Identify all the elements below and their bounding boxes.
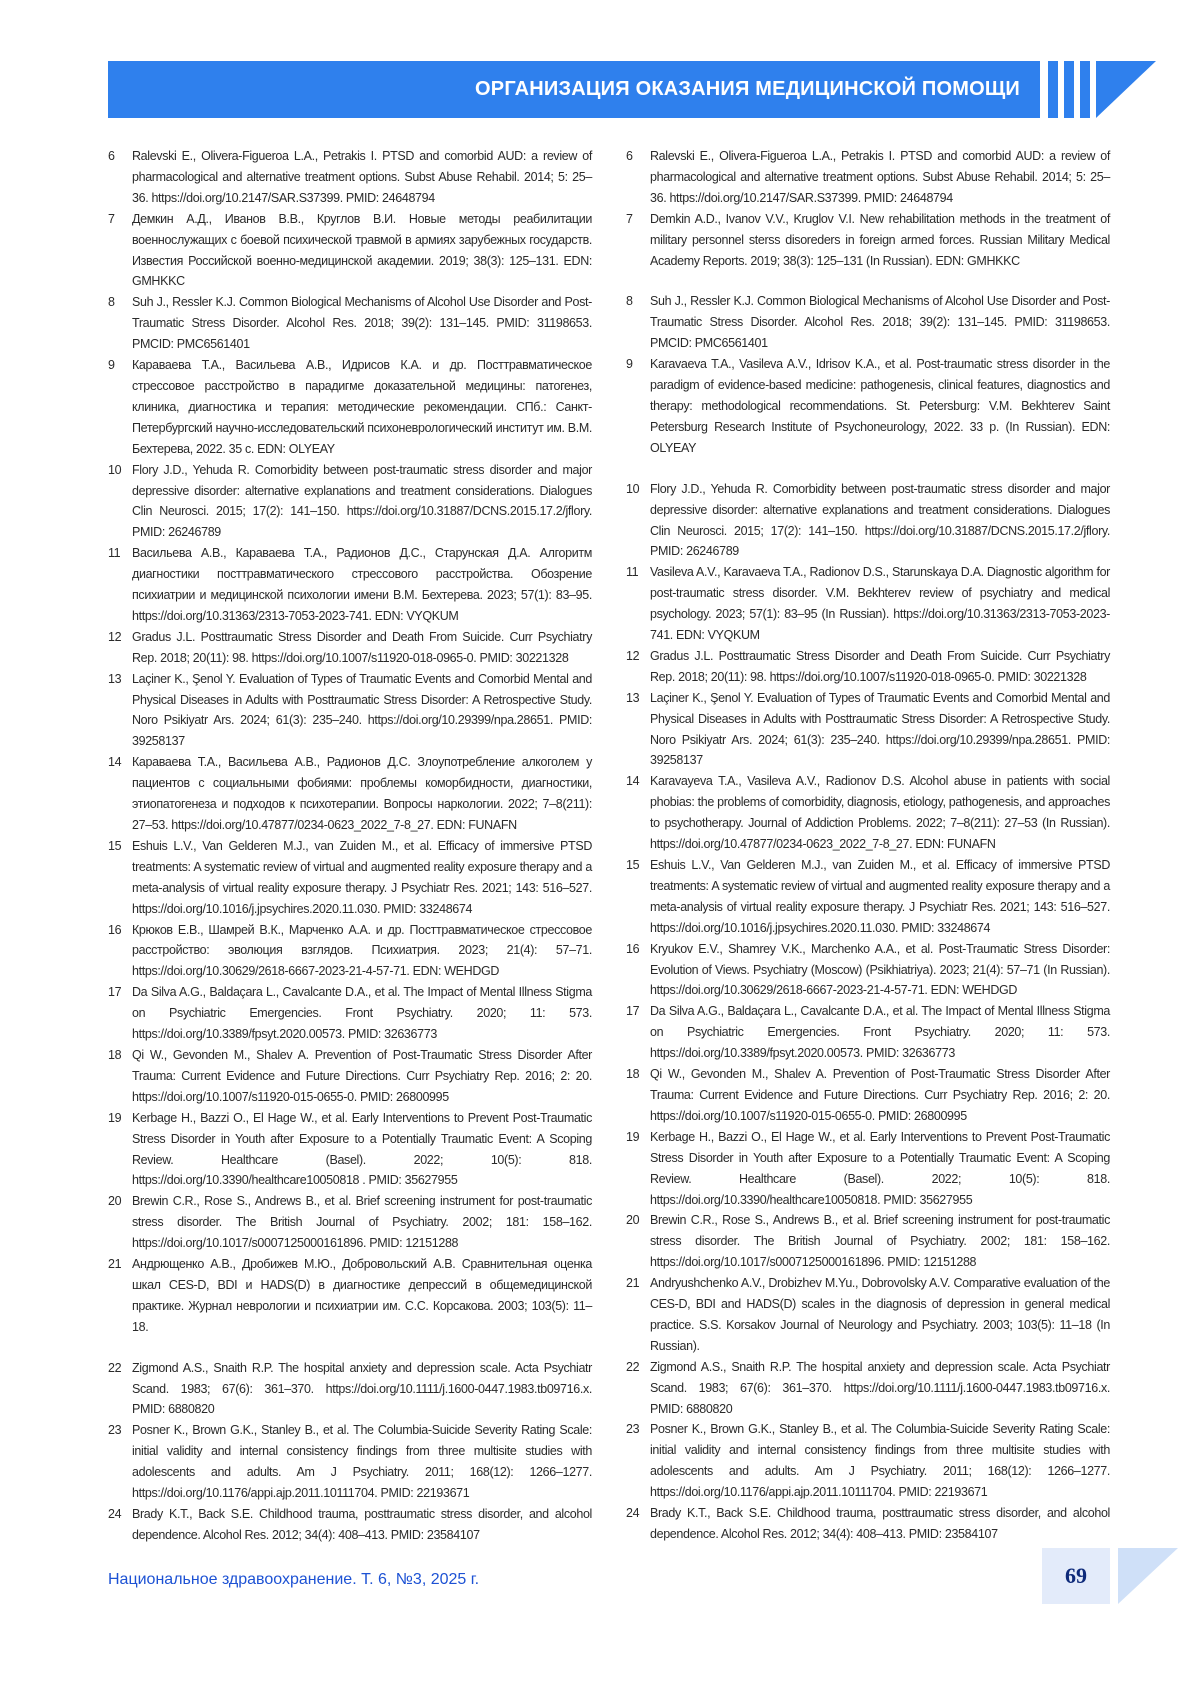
page-number-box: 69 [1042,1548,1110,1604]
reference-item: 22Zigmond A.S., Snaith R.P. The hospital… [626,1357,1110,1420]
reference-text: Karavayeva T.A., Vasileva A.V., Radionov… [650,771,1110,855]
reference-number: 6 [626,146,650,209]
section-title: ОРГАНИЗАЦИЯ ОКАЗАНИЯ МЕДИЦИНСКОЙ ПОМОЩИ [475,78,1020,101]
reference-number: 13 [626,688,650,772]
reference-text: Flory J.D., Yehuda R. Comorbidity betwee… [132,460,592,544]
reference-number: 24 [626,1503,650,1545]
reference-number: 8 [626,291,650,354]
references-list-russian: 6Ralevski E., Olivera-Figueroa L.A., Pet… [108,146,592,1546]
reference-text: Brewin C.R., Rose S., Andrews B., et al.… [132,1191,592,1254]
reference-number: 18 [108,1045,132,1108]
reference-item: 15Eshuis L.V., Van Gelderen M.J., van Zu… [108,836,592,920]
reference-item: 6Ralevski E., Olivera-Figueroa L.A., Pet… [626,146,1110,209]
reference-item: 11Vasileva A.V., Karavaeva T.A., Radiono… [626,562,1110,646]
reference-text: Gradus J.L. Posttraumatic Stress Disorde… [650,646,1110,688]
reference-text: Eshuis L.V., Van Gelderen M.J., van Zuid… [650,855,1110,939]
header-triangle-decoration [1096,61,1156,118]
reference-text: Da Silva A.G., Baldaçara L., Cavalcante … [650,1001,1110,1064]
reference-number: 21 [626,1273,650,1357]
reference-item: 11Васильева А.В., Караваева Т.А., Радион… [108,543,592,627]
reference-item: 19Kerbage H., Bazzi O., El Hage W., et a… [108,1108,592,1192]
reference-text: Kerbage H., Bazzi O., El Hage W., et al.… [650,1127,1110,1211]
reference-number: 21 [108,1254,132,1338]
reference-text: Da Silva A.G., Baldaçara L., Cavalcante … [132,982,592,1045]
reference-item: 7Демкин А.Д., Иванов В.В., Круглов В.И. … [108,209,592,293]
reference-number: 15 [108,836,132,920]
reference-item: 17Da Silva A.G., Baldaçara L., Cavalcant… [626,1001,1110,1064]
section-header-bar: ОРГАНИЗАЦИЯ ОКАЗАНИЯ МЕДИЦИНСКОЙ ПОМОЩИ [108,61,1040,118]
reference-item: 13Laçiner K., Şenol Y. Evaluation of Typ… [626,688,1110,772]
reference-number: 14 [108,752,132,836]
reference-number: 22 [626,1357,650,1420]
reference-text: Крюков Е.В., Шамрей В.К., Марченко А.А. … [132,920,592,983]
reference-text: Караваева Т.А., Васильева А.В., Радионов… [132,752,592,836]
reference-number: 17 [626,1001,650,1064]
reference-number: 24 [108,1504,132,1546]
reference-item: 20Brewin C.R., Rose S., Andrews B., et a… [626,1210,1110,1273]
reference-text: Posner K., Brown G.K., Stanley B., et al… [132,1420,592,1504]
reference-text: Zigmond A.S., Snaith R.P. The hospital a… [650,1357,1110,1420]
reference-item: 21Андрющенко А.В., Дробижев М.Ю., Добров… [108,1254,592,1338]
reference-text: Kryukov E.V., Shamrey V.K., Marchenko A.… [650,939,1110,1002]
reference-number: 19 [626,1127,650,1211]
reference-item: 18Qi W., Gevonden M., Shalev A. Preventi… [626,1064,1110,1127]
reference-number: 23 [108,1420,132,1504]
reference-item: 8Suh J., Ressler K.J. Common Biological … [626,291,1110,354]
reference-item: 15Eshuis L.V., Van Gelderen M.J., van Zu… [626,855,1110,939]
reference-item: 7Demkin A.D., Ivanov V.V., Kruglov V.I. … [626,209,1110,272]
reference-item: 21Andryushchenko A.V., Drobizhev M.Yu., … [626,1273,1110,1357]
reference-item: 10Flory J.D., Yehuda R. Comorbidity betw… [626,479,1110,563]
reference-text: Ralevski E., Olivera-Figueroa L.A., Petr… [132,146,592,209]
reference-text: Qi W., Gevonden M., Shalev A. Prevention… [132,1045,592,1108]
reference-text: Андрющенко А.В., Дробижев М.Ю., Добровол… [132,1254,592,1338]
reference-item: 18Qi W., Gevonden M., Shalev A. Preventi… [108,1045,592,1108]
journal-citation: Национальное здравоохранение. Т. 6, №3, … [108,1571,479,1589]
reference-text: Laçiner K., Şenol Y. Evaluation of Types… [650,688,1110,772]
reference-number: 8 [108,292,132,355]
reference-item: 19Kerbage H., Bazzi O., El Hage W., et a… [626,1127,1110,1211]
header-stripe-decoration [1080,61,1090,118]
reference-number: 19 [108,1108,132,1192]
reference-number: 16 [626,939,650,1002]
reference-number: 13 [108,669,132,753]
reference-number: 6 [108,146,132,209]
reference-text: Eshuis L.V., Van Gelderen M.J., van Zuid… [132,836,592,920]
page-number: 69 [1065,1563,1087,1589]
reference-text: Brewin C.R., Rose S., Andrews B., et al.… [650,1210,1110,1273]
reference-item: 8Suh J., Ressler K.J. Common Biological … [108,292,592,355]
reference-number: 17 [108,982,132,1045]
reference-text: Demkin A.D., Ivanov V.V., Kruglov V.I. N… [650,209,1110,272]
reference-number: 18 [626,1064,650,1127]
reference-text: Andryushchenko A.V., Drobizhev M.Yu., Do… [650,1273,1110,1357]
reference-number: 20 [108,1191,132,1254]
reference-text: Qi W., Gevonden M., Shalev A. Prevention… [650,1064,1110,1127]
reference-number: 16 [108,920,132,983]
reference-item: 12Gradus J.L. Posttraumatic Stress Disor… [626,646,1110,688]
reference-number: 12 [626,646,650,688]
reference-number: 11 [626,562,650,646]
reference-number: 12 [108,627,132,669]
reference-item: 16Kryukov E.V., Shamrey V.K., Marchenko … [626,939,1110,1002]
reference-text: Karavaeva T.A., Vasileva A.V., Idrisov K… [650,354,1110,459]
reference-text: Brady K.T., Back S.E. Childhood trauma, … [132,1504,592,1546]
reference-text: Vasileva A.V., Karavaeva T.A., Radionov … [650,562,1110,646]
reference-item: 23Posner K., Brown G.K., Stanley B., et … [626,1419,1110,1503]
reference-item: 17Da Silva A.G., Baldaçara L., Cavalcant… [108,982,592,1045]
reference-item: 10Flory J.D., Yehuda R. Comorbidity betw… [108,460,592,544]
reference-number: 9 [626,354,650,459]
header-stripe-decoration [1064,61,1074,118]
reference-text: Kerbage H., Bazzi O., El Hage W., et al.… [132,1108,592,1192]
reference-item: 23Posner K., Brown G.K., Stanley B., et … [108,1420,592,1504]
reference-item: 24Brady K.T., Back S.E. Childhood trauma… [108,1504,592,1546]
reference-item: 6Ralevski E., Olivera-Figueroa L.A., Pet… [108,146,592,209]
reference-item: 14Караваева Т.А., Васильева А.В., Радион… [108,752,592,836]
reference-number: 11 [108,543,132,627]
reference-item: 9Караваева Т.А., Васильева А.В., Идрисов… [108,355,592,460]
reference-item: 12Gradus J.L. Posttraumatic Stress Disor… [108,627,592,669]
reference-text: Демкин А.Д., Иванов В.В., Круглов В.И. Н… [132,209,592,293]
reference-text: Ralevski E., Olivera-Figueroa L.A., Petr… [650,146,1110,209]
reference-text: Suh J., Ressler K.J. Common Biological M… [650,291,1110,354]
reference-text: Zigmond A.S., Snaith R.P. The hospital a… [132,1358,592,1421]
reference-item: 22Zigmond A.S., Snaith R.P. The hospital… [108,1358,592,1421]
reference-item: 13Laçiner K., Şenol Y. Evaluation of Typ… [108,669,592,753]
reference-text: Posner K., Brown G.K., Stanley B., et al… [650,1419,1110,1503]
references-list-english: 6Ralevski E., Olivera-Figueroa L.A., Pet… [626,146,1110,1545]
reference-text: Flory J.D., Yehuda R. Comorbidity betwee… [650,479,1110,563]
reference-text: Васильева А.В., Караваева Т.А., Радионов… [132,543,592,627]
reference-text: Suh J., Ressler K.J. Common Biological M… [132,292,592,355]
reference-item: 9Karavaeva T.A., Vasileva A.V., Idrisov … [626,354,1110,459]
reference-text: Laçiner K., Şenol Y. Evaluation of Types… [132,669,592,753]
reference-number: 10 [626,479,650,563]
reference-item: 24Brady K.T., Back S.E. Childhood trauma… [626,1503,1110,1545]
reference-text: Караваева Т.А., Васильева А.В., Идрисов … [132,355,592,460]
reference-item: 14Karavayeva T.A., Vasileva A.V., Radion… [626,771,1110,855]
reference-item: 16Крюков Е.В., Шамрей В.К., Марченко А.А… [108,920,592,983]
reference-number: 7 [626,209,650,272]
reference-number: 7 [108,209,132,293]
reference-number: 14 [626,771,650,855]
reference-number: 15 [626,855,650,939]
reference-item: 20Brewin C.R., Rose S., Andrews B., et a… [108,1191,592,1254]
reference-number: 20 [626,1210,650,1273]
footer-triangle-decoration [1118,1548,1178,1604]
reference-number: 23 [626,1419,650,1503]
reference-number: 10 [108,460,132,544]
reference-number: 22 [108,1358,132,1421]
reference-text: Gradus J.L. Posttraumatic Stress Disorde… [132,627,592,669]
reference-number: 9 [108,355,132,460]
header-stripe-decoration [1048,61,1058,118]
reference-text: Brady K.T., Back S.E. Childhood trauma, … [650,1503,1110,1545]
